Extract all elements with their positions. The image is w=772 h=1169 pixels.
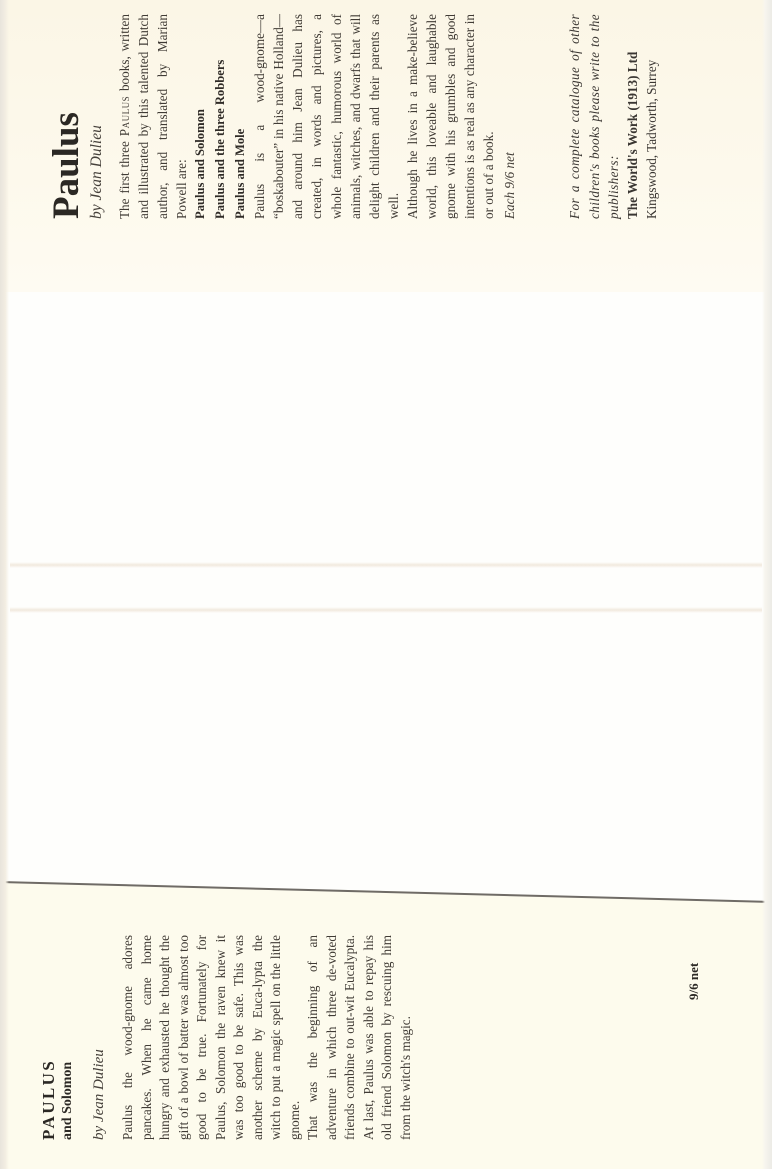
series-blurb-body: The first three Paulus books, written an… (115, 14, 498, 219)
description-paragraph: Although he lives in a make-believe worl… (403, 14, 498, 219)
publisher-name: The World's Work (1913) Ltd (623, 14, 642, 219)
description-paragraph: Paulus is a wood-gnome—a “boskabouter” i… (250, 14, 403, 219)
blurb-paragraph: Paulus the wood-gnome adores pancakes. W… (119, 935, 304, 1140)
book-price: 9/6 net (686, 963, 702, 1000)
book-blurb-body: Paulus the wood-gnome adores pancakes. W… (119, 935, 415, 1140)
book-blurb-panel: PAULUS and Solomon by Jean Dulieu Paulus… (40, 935, 415, 1140)
fold-crease (10, 562, 762, 568)
series-byline: by Jean Dulieu (88, 14, 106, 219)
intro-paragraph: The first three Paulus books, written an… (115, 14, 191, 219)
series-blurb-panel: Paulus by Jean Dulieu The first three Pa… (50, 14, 661, 219)
book-title-caps: PAULUS (40, 935, 58, 1140)
intro-text: The first three (117, 136, 132, 219)
book-title: Paulus and Solomon (191, 14, 211, 219)
scan-edge-left (0, 0, 9, 1169)
book-byline: by Jean Dulieu (90, 935, 108, 1140)
publisher-info: For a complete catalogue of other childr… (565, 14, 661, 219)
series-price: Each 9/6 net (500, 14, 519, 219)
scan-edge-right (762, 0, 772, 1169)
book-subtitle: and Solomon (58, 935, 78, 1140)
intro-series-name: Paulus (117, 96, 132, 136)
fold-crease (10, 607, 762, 613)
publisher-address: Kingswood, Tadworth, Surrey (642, 14, 661, 219)
book-title: Paulus and the three Robbers (211, 14, 231, 219)
blurb-paragraph: That was the beginning of an adventure i… (304, 935, 415, 1140)
catalogue-note: For a complete catalogue of other childr… (565, 14, 623, 219)
book-title: Paulus and Mole (231, 14, 251, 219)
series-title: Paulus (50, 14, 84, 219)
